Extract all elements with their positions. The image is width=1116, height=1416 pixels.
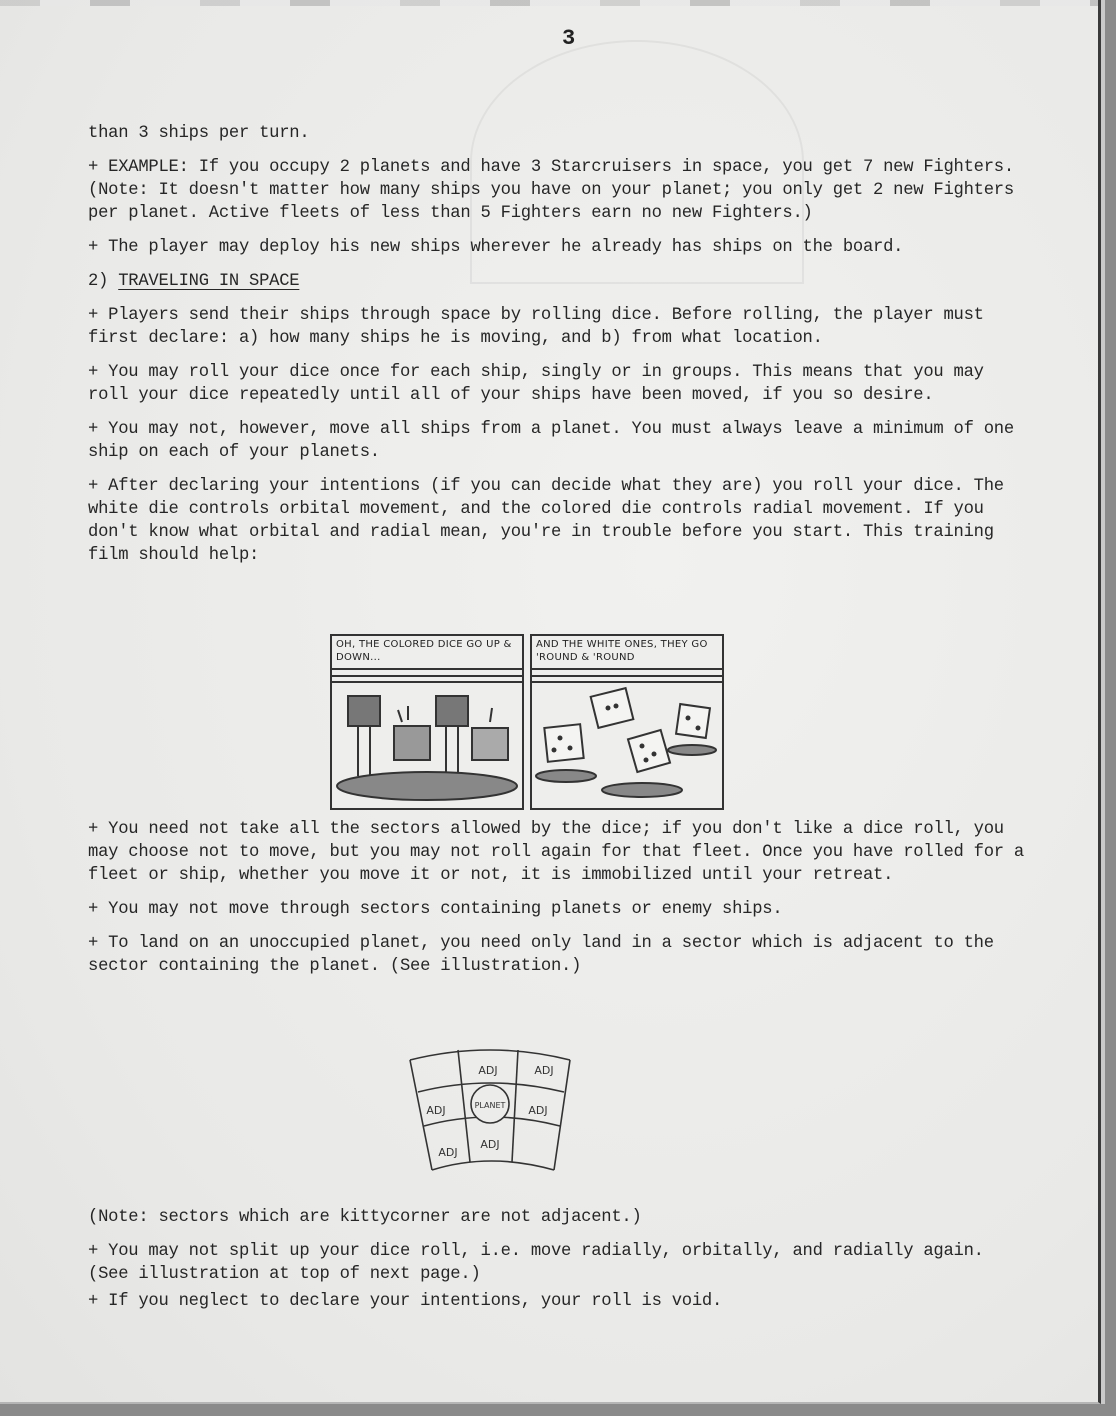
paragraph-roll-once: + You may roll your dice once for each s… [88,361,1028,407]
paragraph-declare: + Players send their ships through space… [88,304,1028,350]
paragraph-no-split: + You may not split up your dice roll, i… [88,1240,1028,1286]
sector-adj-label: ADJ [534,1064,553,1077]
white-dice-illustration [532,668,722,808]
document-page: 3 than 3 ships per turn. + EXAMPLE: If y… [0,0,1101,1404]
paragraph-dice-movement: + After declaring your intentions (if yo… [88,475,1028,567]
section-title: TRAVELING IN SPACE [118,272,299,291]
comic-caption: AND THE WHITE ONES, THEY GO 'ROUND & 'RO… [532,636,722,670]
paragraph-no-passing: + You may not move through sectors conta… [88,898,1028,921]
carryover-line: than 3 ships per turn. [88,122,1028,145]
paragraph-leave-ship: + You may not, however, move all ships f… [88,418,1028,464]
sector-adj-label: ADJ [480,1138,499,1151]
colored-dice-illustration [332,668,522,808]
section-heading: 2) TRAVELING IN SPACE [88,270,1028,293]
adjacent-sectors-diagram: ADJ ADJ ADJ PLANET ADJ ADJ ADJ [404,1040,576,1180]
text-block-end: (Note: sectors which are kittycorner are… [88,1206,1028,1313]
paragraph-land-adjacent: + To land on an unoccupied planet, you n… [88,932,1028,978]
planet-label: PLANET [475,1101,506,1110]
sector-adj-label: ADJ [478,1064,497,1077]
sector-adj-label: ADJ [528,1104,547,1117]
text-block-top: than 3 ships per turn. + EXAMPLE: If you… [88,122,1028,567]
comic-panel-colored-dice: OH, THE COLORED DICE GO UP & DOWN... [330,634,524,810]
note-kittycorner: (Note: sectors which are kittycorner are… [88,1206,1028,1229]
example-paragraph: + EXAMPLE: If you occupy 2 planets and h… [88,156,1028,225]
sector-adj-label: ADJ [426,1104,445,1117]
sector-grid: ADJ ADJ ADJ PLANET ADJ ADJ ADJ [404,1040,576,1180]
scan-edge-strip [0,0,1098,6]
comic-panel-white-dice: AND THE WHITE ONES, THEY GO 'ROUND & 'RO… [530,634,724,810]
comic-caption: OH, THE COLORED DICE GO UP & DOWN... [332,636,522,670]
section-number: 2) [88,272,108,291]
paragraph-need-not-take: + You need not take all the sectors allo… [88,818,1028,887]
text-block-after-comic: + You need not take all the sectors allo… [88,818,1028,978]
training-film-comic: OH, THE COLORED DICE GO UP & DOWN... [330,634,724,810]
deploy-paragraph: + The player may deploy his new ships wh… [88,236,1028,259]
sector-adj-label: ADJ [438,1146,457,1159]
page-number: 3 [562,26,575,51]
paragraph-roll-void: + If you neglect to declare your intenti… [88,1290,1028,1313]
